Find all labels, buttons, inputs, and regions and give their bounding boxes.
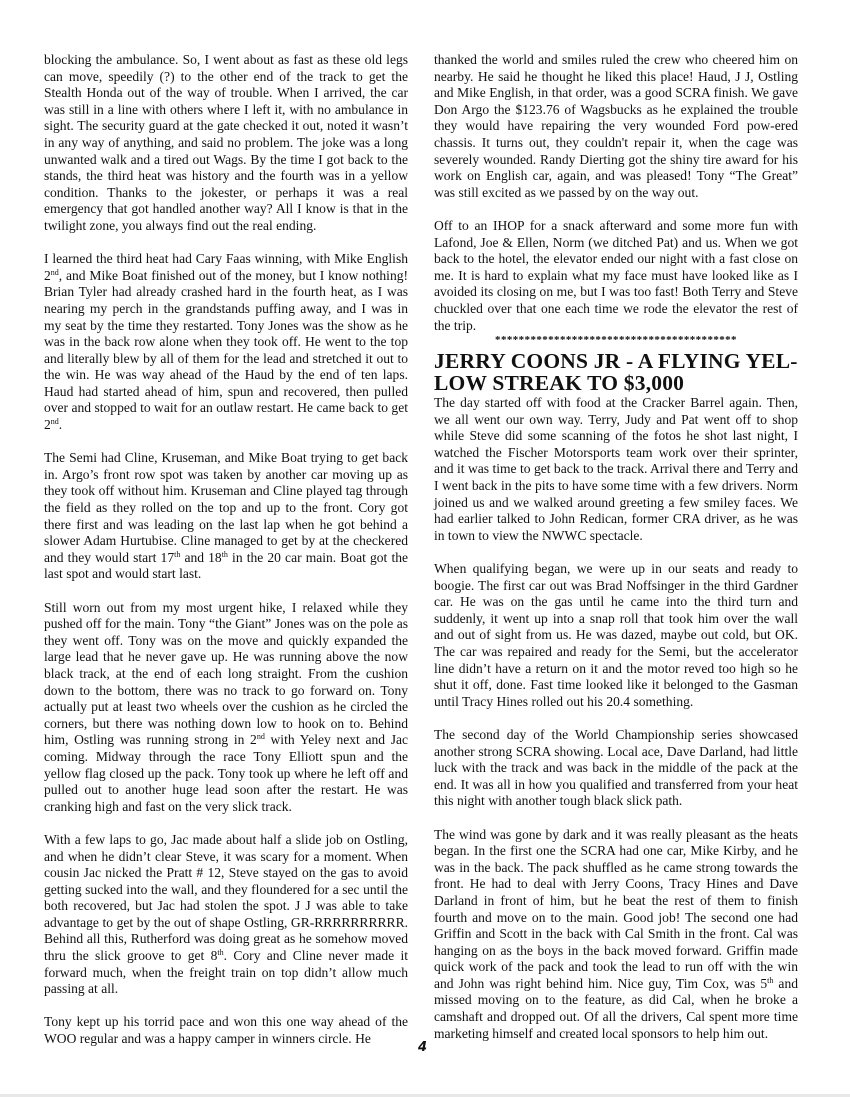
text-run: and 18	[180, 550, 221, 565]
paragraph-semi: The Semi had Cline, Kruseman, and Mike B…	[44, 450, 408, 583]
paragraph-torrid-pace: Tony kept up his torrid pace and won thi…	[44, 1014, 408, 1047]
text-run: , and Mike Boat finished out of the mone…	[44, 268, 408, 432]
article-headline: JERRY COONS JR - A FLYING YEL-LOW STREAK…	[434, 350, 798, 394]
scan-edge	[0, 1094, 850, 1097]
paragraph-ambulance: blocking the ambulance. So, I went about…	[44, 52, 408, 235]
left-column: blocking the ambulance. So, I went about…	[44, 52, 408, 1048]
paragraph-winners-circle: thanked the world and smiles ruled the c…	[434, 52, 798, 201]
paragraph-cracker-barrel: The day started off with food at the Cra…	[434, 395, 798, 544]
text-run: The wind was gone by dark and it was rea…	[434, 827, 798, 991]
text-run: With a few laps to go, Jac made about ha…	[44, 832, 408, 963]
section-separator: ****************************************…	[434, 334, 798, 346]
right-column: thanked the world and smiles ruled the c…	[434, 52, 798, 1042]
text-run: The Semi had Cline, Kruseman, and Mike B…	[44, 450, 408, 565]
paragraph-third-heat: I learned the third heat had Cary Faas w…	[44, 251, 408, 434]
text-run: .	[59, 417, 62, 432]
paragraph-qualifying: When qualifying began, we were up in our…	[434, 561, 798, 710]
paragraph-second-day: The second day of the World Championship…	[434, 727, 798, 810]
ordinal-suffix: nd	[51, 417, 59, 426]
paragraph-ihop: Off to an IHOP for a snack afterward and…	[434, 218, 798, 334]
ordinal-suffix: nd	[257, 732, 265, 741]
text-run: Still worn out from my most urgent hike,…	[44, 600, 408, 748]
page-number: 4	[418, 1040, 427, 1055]
paragraph-slide-job: With a few laps to go, Jac made about ha…	[44, 832, 408, 998]
paragraph-heats: The wind was gone by dark and it was rea…	[434, 827, 798, 1043]
paragraph-main-event: Still worn out from my most urgent hike,…	[44, 600, 408, 816]
ordinal-suffix: nd	[51, 268, 59, 277]
